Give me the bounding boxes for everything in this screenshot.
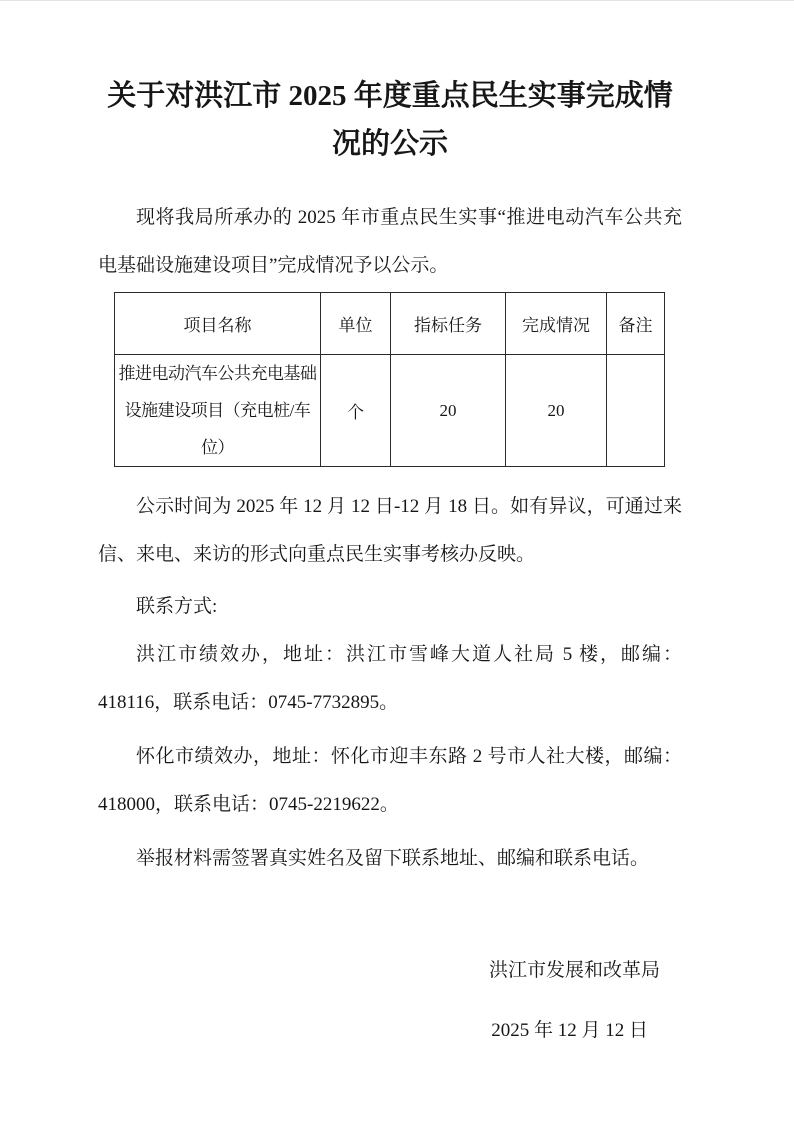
issue-date: 2025 年 12 月 12 日 bbox=[98, 1007, 682, 1055]
target-task-cell: 20 bbox=[391, 355, 506, 467]
intro-paragraph: 现将我局所承办的 2025 年市重点民生实事“推进电动汽车公共充电基础设施建设项… bbox=[98, 194, 682, 290]
remark-cell bbox=[607, 355, 665, 467]
header-remark: 备注 bbox=[607, 293, 665, 355]
scan-artifact-top-edge bbox=[0, 0, 794, 1]
completion-cell: 20 bbox=[506, 355, 607, 467]
publicity-period-paragraph: 公示时间为 2025 年 12 月 12 日-12 月 18 日。如有异议，可通… bbox=[98, 483, 682, 579]
table-header-row: 项目名称 单位 指标任务 完成情况 备注 bbox=[115, 293, 665, 355]
document-page: 关于对洪江市 2025 年度重点民生实事完成情况的公示 现将我局所承办的 202… bbox=[0, 0, 794, 1122]
results-table: 项目名称 单位 指标任务 完成情况 备注 推进电动汽车公共充电基础设施建设项目（… bbox=[114, 292, 665, 467]
contact-label: 联系方式: bbox=[98, 583, 682, 631]
table-row: 推进电动汽车公共充电基础设施建设项目（充电桩/车位） 个 20 20 bbox=[115, 355, 665, 467]
header-project-name: 项目名称 bbox=[115, 293, 321, 355]
unit-cell: 个 bbox=[321, 355, 391, 467]
page-title: 关于对洪江市 2025 年度重点民生实事完成情况的公示 bbox=[106, 72, 674, 168]
hongjiang-contact-paragraph: 洪江市绩效办，地址：洪江市雪峰大道人社局 5 楼，邮编：418116，联系电话：… bbox=[98, 631, 682, 727]
header-target-task: 指标任务 bbox=[391, 293, 506, 355]
header-completion: 完成情况 bbox=[506, 293, 607, 355]
huaihua-contact-paragraph: 怀化市绩效办，地址：怀化市迎丰东路 2 号市人社大楼，邮编：418000，联系电… bbox=[98, 733, 682, 829]
issuer-signature: 洪江市发展和改革局 bbox=[98, 947, 682, 995]
header-unit: 单位 bbox=[321, 293, 391, 355]
project-name-cell: 推进电动汽车公共充电基础设施建设项目（充电桩/车位） bbox=[115, 355, 321, 467]
document-content: 关于对洪江市 2025 年度重点民生实事完成情况的公示 现将我局所承办的 202… bbox=[0, 72, 794, 1055]
report-requirement-paragraph: 举报材料需签署真实姓名及留下联系地址、邮编和联系电话。 bbox=[98, 835, 682, 883]
